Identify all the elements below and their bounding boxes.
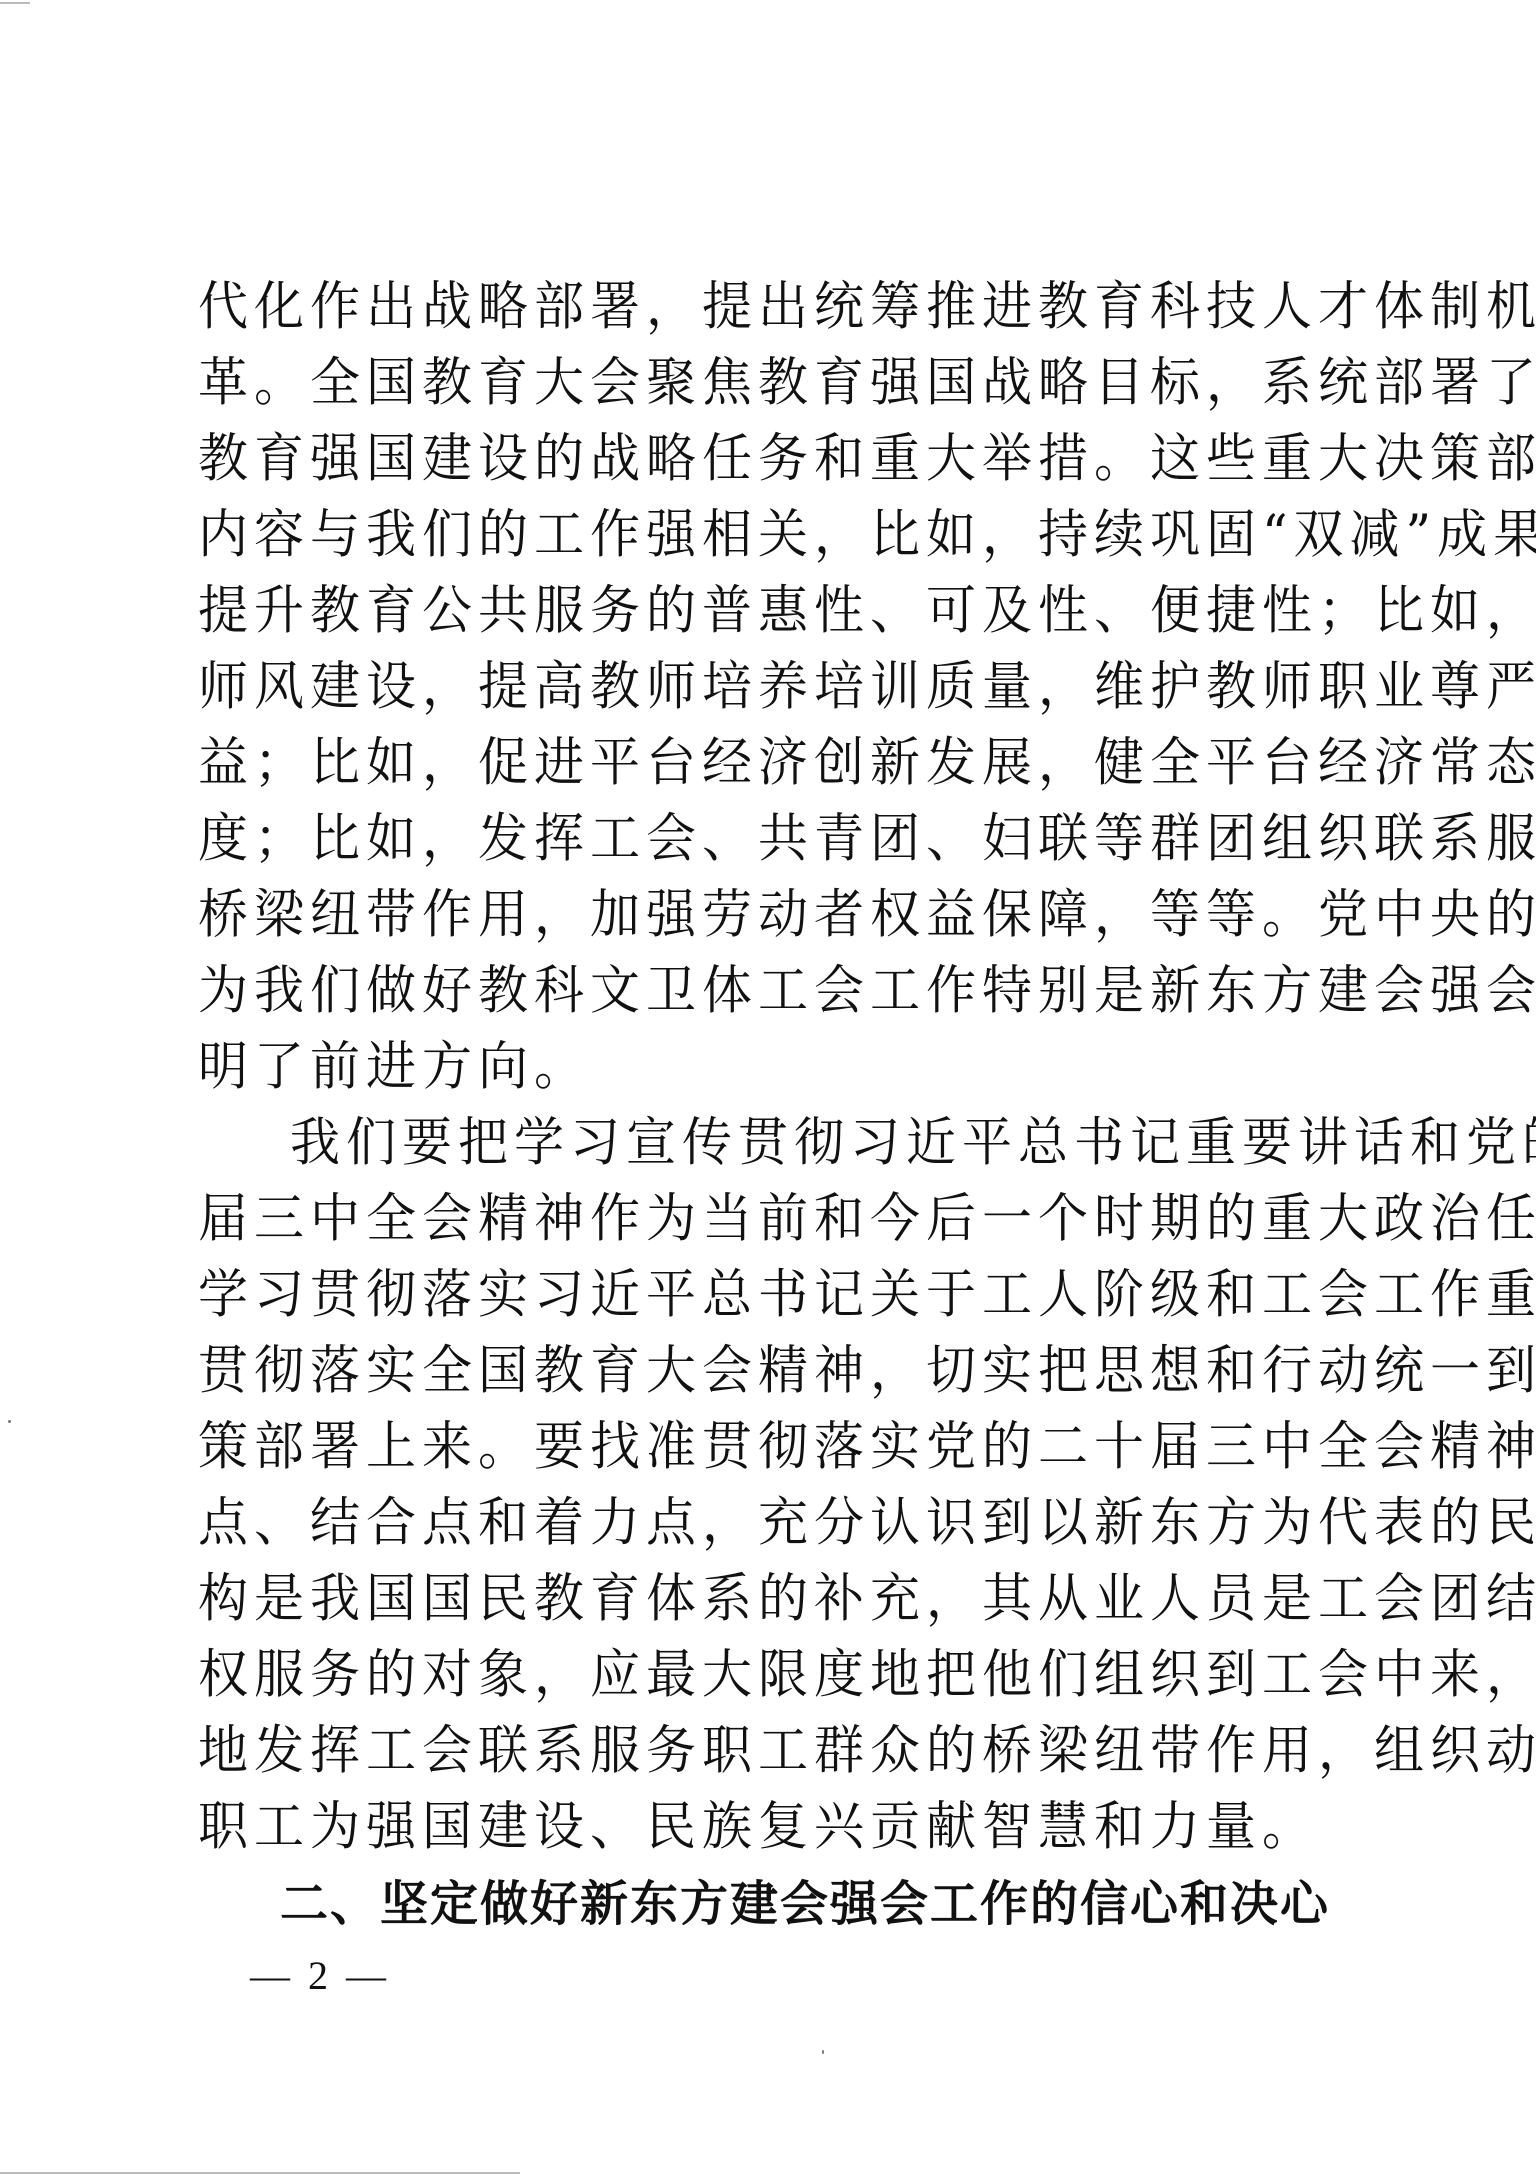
- section-heading: 二、坚定做好新东方建会强会工作的信心和决心: [280, 1866, 1330, 1942]
- paragraph-1-line-7: 益；比如，促进平台经济创新发展，健全平台经济常态化监管制: [198, 722, 1368, 802]
- paragraph-2-line-3: 学习贯彻落实习近平总书记关于工人阶级和工会工作重要论述，: [198, 1254, 1368, 1334]
- document-page: 代化作出战略部署，提出统筹推进教育科技人才体制机制一体改 革。全国教育大会聚焦教…: [0, 0, 1536, 2176]
- paragraph-2-line-9: 地发挥工会联系服务职工群众的桥梁纽带作用，组织动员广大教: [198, 1710, 1368, 1790]
- paragraph-1-line-10: 为我们做好教科文卫体工会工作特别是新东方建会强会工作指: [198, 950, 1368, 1030]
- paragraph-2-line-8: 权服务的对象，应最大限度地把他们组织到工会中来，最大限度: [198, 1634, 1368, 1714]
- scan-speck: [8, 1420, 11, 1423]
- paragraph-1-line-5: 提升教育公共服务的普惠性、可及性、便捷性；比如，加强师德: [198, 570, 1368, 650]
- scan-edge-mark: [0, 2172, 520, 2174]
- paragraph-2-line-7: 构是我国国民教育体系的补充，其从业人员是工会团结引领和维: [198, 1558, 1368, 1638]
- paragraph-1-line-3: 教育强国建设的战略任务和重大举措。这些重大决策部署，很多: [198, 418, 1368, 498]
- paragraph-2-line-1: 我们要把学习宣传贯彻习近平总书记重要讲话和党的二十: [290, 1102, 1368, 1182]
- paragraph-1-line-1: 代化作出战略部署，提出统筹推进教育科技人才体制机制一体改: [198, 266, 1368, 346]
- paragraph-1-line-6: 师风建设，提高教师培养培训质量，维护教师职业尊严和合法权: [198, 646, 1368, 726]
- paragraph-2-line-2: 届三中全会精神作为当前和今后一个时期的重大政治任务，深入: [198, 1178, 1368, 1258]
- paragraph-1-line-11: 明了前进方向。: [198, 1026, 1368, 1106]
- paragraph-1-line-9: 桥梁纽带作用，加强劳动者权益保障，等等。党中央的决策部署，: [198, 874, 1368, 954]
- paragraph-2-line-4: 贯彻落实全国教育大会精神，切实把思想和行动统一到党中央决: [198, 1330, 1368, 1410]
- scan-edge-mark: [0, 2, 30, 4]
- paragraph-2-line-5: 策部署上来。要找准贯彻落实党的二十届三中全会精神的切入: [198, 1406, 1368, 1486]
- scan-speck: [822, 2050, 824, 2054]
- page-number: — 2 —: [250, 1946, 390, 2006]
- paragraph-2-line-10: 职工为强国建设、民族复兴贡献智慧和力量。: [198, 1786, 1368, 1866]
- paragraph-1-line-2: 革。全国教育大会聚焦教育强国战略目标，系统部署了全面推进: [198, 342, 1368, 422]
- scan-speck: [1438, 458, 1441, 461]
- paragraph-1-line-4: 内容与我们的工作强相关，比如，持续巩固“双减”成果，不断: [198, 494, 1368, 574]
- paragraph-2-line-6: 点、结合点和着力点，充分认识到以新东方为代表的民办培训机: [198, 1482, 1368, 1562]
- paragraph-1-line-8: 度；比如，发挥工会、共青团、妇联等群团组织联系服务群众的: [198, 798, 1368, 878]
